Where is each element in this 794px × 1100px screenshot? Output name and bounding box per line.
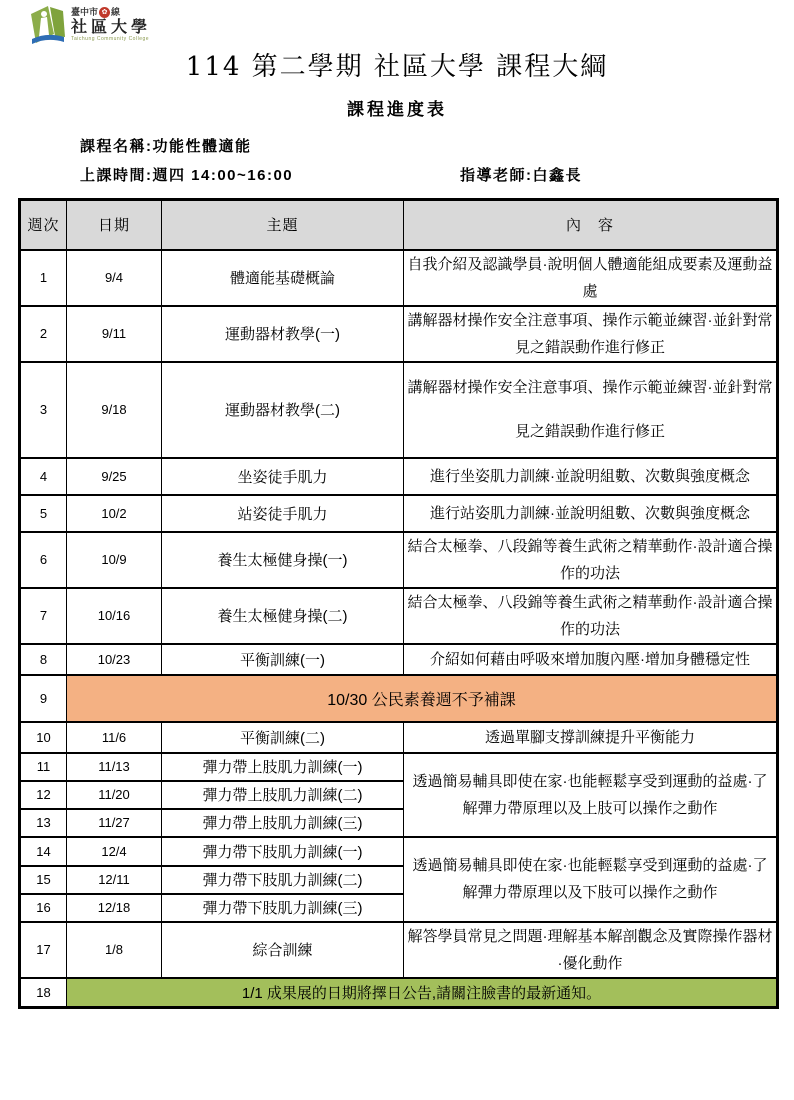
table-row: 1 9/4 體適能基礎概論 自我介紹及認識學員·說明個人體適能組成要素及運動益處 <box>20 250 778 306</box>
content-cell: 結合太極拳、八段錦等養生武術之精華動作·設計適合操作的功法 <box>404 588 778 644</box>
date-cell: 12/18 <box>67 894 162 922</box>
table-row: 3 9/18 運動器材教學(二) 講解器材操作安全注意事項、操作示範並練習·並針… <box>20 362 778 458</box>
content-cell-merged: 透過簡易輔具即使在家·也能輕鬆享受到運動的益處·了解彈力帶原理以及下肢可以操作之… <box>404 837 778 922</box>
date-cell: 1/8 <box>67 922 162 978</box>
week-cell: 9 <box>20 675 67 722</box>
table-row: 14 12/4 彈力帶下肢肌力訓練(一) 透過簡易輔具即使在家·也能輕鬆享受到運… <box>20 837 778 866</box>
week-cell: 6 <box>20 532 67 588</box>
topic-cell: 坐姿徒手肌力 <box>162 458 404 495</box>
topic-cell: 彈力帶下肢肌力訓練(二) <box>162 866 404 894</box>
logo-school-name: 社區大學 <box>71 19 151 36</box>
content-cell-merged: 透過簡易輔具即使在家·也能輕鬆享受到運動的益處·了解彈力帶原理以及上肢可以操作之… <box>404 753 778 837</box>
table-row-notice: 18 1/1 成果展的日期將擇日公告,請關注臉書的最新通知。 <box>20 978 778 1008</box>
week-cell: 18 <box>20 978 67 1008</box>
logo-english-name: Taichung Community College <box>71 37 151 42</box>
logo-region-suffix: 線 <box>111 8 120 17</box>
content-cell: 透過單腳支撐訓練提升平衡能力 <box>404 722 778 753</box>
page-subtitle: 課程進度表 <box>0 95 794 120</box>
date-cell: 12/11 <box>67 866 162 894</box>
content-cell: 自我介紹及認識學員·說明個人體適能組成要素及運動益處 <box>404 250 778 306</box>
topic-cell: 彈力帶上肢肌力訓練(二) <box>162 781 404 809</box>
col-header-date: 日期 <box>67 200 162 250</box>
week-cell: 7 <box>20 588 67 644</box>
week-cell: 17 <box>20 922 67 978</box>
date-cell: 10/2 <box>67 495 162 532</box>
date-cell: 10/16 <box>67 588 162 644</box>
date-cell: 10/23 <box>67 644 162 675</box>
date-cell: 11/27 <box>67 809 162 837</box>
col-header-topic: 主題 <box>162 200 404 250</box>
week-cell: 5 <box>20 495 67 532</box>
table-row-notice: 9 10/30 公民素養週不予補課 <box>20 675 778 722</box>
table-row: 7 10/16 養生太極健身操(二) 結合太極拳、八段錦等養生武術之精華動作·設… <box>20 588 778 644</box>
topic-cell: 彈力帶上肢肌力訓練(一) <box>162 753 404 781</box>
topic-cell: 綜合訓練 <box>162 922 404 978</box>
notice-cell: 10/30 公民素養週不予補課 <box>67 675 778 722</box>
table-row: 10 11/6 平衡訓練(二) 透過單腳支撐訓練提升平衡能力 <box>20 722 778 753</box>
date-cell: 9/18 <box>67 362 162 458</box>
table-row: 2 9/11 運動器材教學(一) 講解器材操作安全注意事項、操作示範並練習·並針… <box>20 306 778 362</box>
week-cell: 13 <box>20 809 67 837</box>
table-row: 5 10/2 站姿徒手肌力 進行站姿肌力訓練·並說明組數、次數與強度概念 <box>20 495 778 532</box>
date-cell: 9/25 <box>67 458 162 495</box>
topic-cell: 養生太極健身操(二) <box>162 588 404 644</box>
content-cell: 講解器材操作安全注意事項、操作示範並練習·並針對常見之錯誤動作進行修正 <box>404 306 778 362</box>
week-cell: 4 <box>20 458 67 495</box>
week-cell: 10 <box>20 722 67 753</box>
topic-cell: 平衡訓練(一) <box>162 644 404 675</box>
week-cell: 2 <box>20 306 67 362</box>
schedule-table: 週次 日期 主題 內 容 1 9/4 體適能基礎概論 自我介紹及認識學員·說明個… <box>18 198 779 1009</box>
topic-cell: 體適能基礎概論 <box>162 250 404 306</box>
topic-cell: 養生太極健身操(一) <box>162 532 404 588</box>
topic-cell: 平衡訓練(二) <box>162 722 404 753</box>
week-cell: 11 <box>20 753 67 781</box>
col-header-content: 內 容 <box>404 200 778 250</box>
content-cell: 進行坐姿肌力訓練·並說明組數、次數與強度概念 <box>404 458 778 495</box>
date-cell: 11/6 <box>67 722 162 753</box>
table-row: 6 10/9 養生太極健身操(一) 結合太極拳、八段錦等養生武術之精華動作·設計… <box>20 532 778 588</box>
course-info: 課程名稱:功能性體適能 上課時間:週四 14:00~16:00 指導老師:白鑫長 <box>80 135 794 185</box>
topic-cell: 運動器材教學(二) <box>162 362 404 458</box>
date-cell: 12/4 <box>67 837 162 866</box>
content-cell: 解答學員常見之問題·理解基本解剖觀念及實際操作器材·優化動作 <box>404 922 778 978</box>
content-cell: 講解器材操作安全注意事項、操作示範並練習·並針對常見之錯誤動作進行修正 <box>404 362 778 458</box>
teacher-line: 指導老師:白鑫長 <box>460 164 582 185</box>
content-cell: 介紹如何藉由呼吸來增加腹內壓·增加身體穩定性 <box>404 644 778 675</box>
table-row: 8 10/23 平衡訓練(一) 介紹如何藉由呼吸來增加腹內壓·增加身體穩定性 <box>20 644 778 675</box>
col-header-week: 週次 <box>20 200 67 250</box>
school-logo: 臺中市 ✿ 線 社區大學 Taichung Community College <box>28 4 151 46</box>
week-cell: 14 <box>20 837 67 866</box>
topic-cell: 彈力帶下肢肌力訓練(三) <box>162 894 404 922</box>
course-name-line: 課程名稱:功能性體適能 <box>80 135 794 156</box>
logo-region-prefix: 臺中市 <box>71 8 98 17</box>
table-header-row: 週次 日期 主題 內 容 <box>20 200 778 250</box>
topic-cell: 彈力帶下肢肌力訓練(一) <box>162 837 404 866</box>
table-row: 17 1/8 綜合訓練 解答學員常見之問題·理解基本解剖觀念及實際操作器材·優化… <box>20 922 778 978</box>
notice-cell: 1/1 成果展的日期將擇日公告,請關注臉書的最新通知。 <box>67 978 778 1008</box>
topic-cell: 運動器材教學(一) <box>162 306 404 362</box>
date-cell: 9/4 <box>67 250 162 306</box>
week-cell: 16 <box>20 894 67 922</box>
logo-mark-icon <box>28 4 68 46</box>
date-cell: 10/9 <box>67 532 162 588</box>
week-cell: 8 <box>20 644 67 675</box>
class-time-line: 上課時間:週四 14:00~16:00 <box>80 164 460 185</box>
topic-cell: 站姿徒手肌力 <box>162 495 404 532</box>
week-cell: 3 <box>20 362 67 458</box>
content-cell: 進行站姿肌力訓練·並說明組數、次數與強度概念 <box>404 495 778 532</box>
table-row: 4 9/25 坐姿徒手肌力 進行坐姿肌力訓練·並說明組數、次數與強度概念 <box>20 458 778 495</box>
week-cell: 1 <box>20 250 67 306</box>
content-cell: 結合太極拳、八段錦等養生武術之精華動作·設計適合操作的功法 <box>404 532 778 588</box>
date-cell: 9/11 <box>67 306 162 362</box>
week-cell: 15 <box>20 866 67 894</box>
document-page: 臺中市 ✿ 線 社區大學 Taichung Community College … <box>0 0 794 1100</box>
date-cell: 11/13 <box>67 753 162 781</box>
topic-cell: 彈力帶上肢肌力訓練(三) <box>162 809 404 837</box>
table-row: 11 11/13 彈力帶上肢肌力訓練(一) 透過簡易輔具即使在家·也能輕鬆享受到… <box>20 753 778 781</box>
week-cell: 12 <box>20 781 67 809</box>
date-cell: 11/20 <box>67 781 162 809</box>
